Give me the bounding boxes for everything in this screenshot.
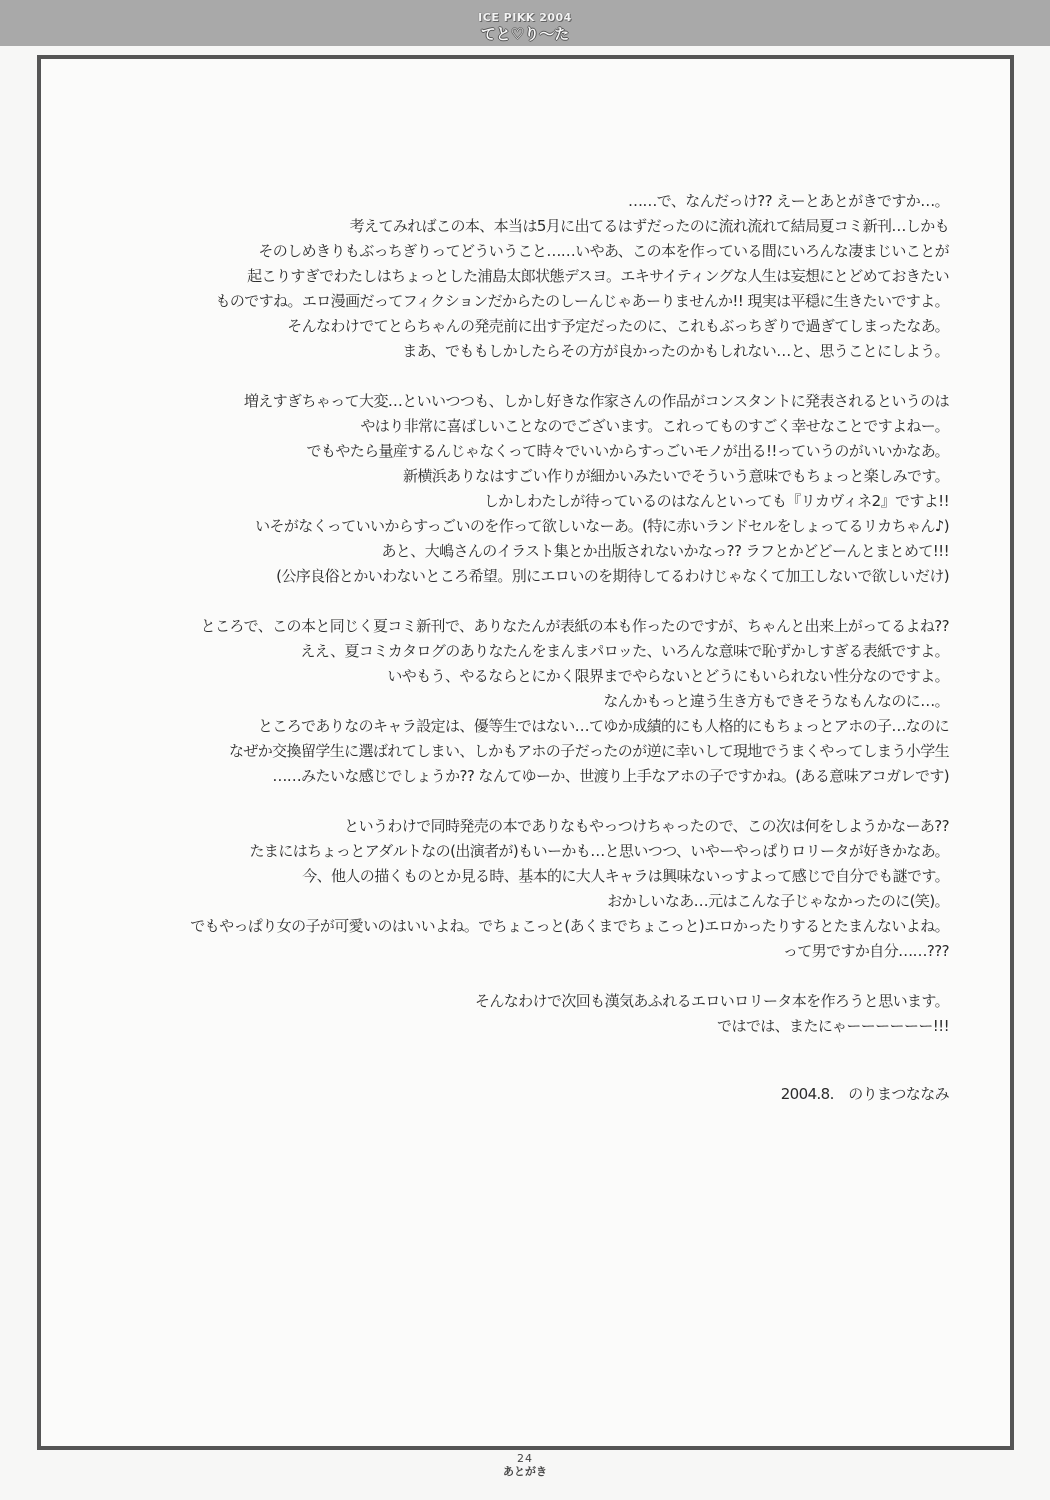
text-line: 起こりすぎでわたしはちょっとした浦島太郎状態デスヨ。エキサイティングな人生は妄想… [49,264,949,289]
text-line: でもやたら量産するんじゃなくって時々でいいからすっごいモノが出る!!っていうのが… [49,439,949,464]
text-line: まあ、でももしかしたらその方が良かったのかもしれない…と、思うことにしよう。 [49,339,949,364]
text-line: いそがなくっていいからすっごいのを作って欲しいなーあ。(特に赤いランドセルをしょ… [49,514,949,539]
text-line: たまにはちょっとアダルトなの(出演者が)もいーかも…と思いつつ、いやーやっぱりロ… [49,839,949,864]
text-line: やはり非常に喜ばしいことなのでございます。これってものすごく幸せなことですよねー… [49,414,949,439]
book-title: てと♡り〜た [0,23,1050,44]
text-line: 増えすぎちゃって大変…といいつつも、しかし好きな作家さんの作品がコンスタントに発… [49,389,949,414]
paragraph: 増えすぎちゃって大変…といいつつも、しかし好きな作家さんの作品がコンスタントに発… [49,389,949,589]
text-line: 今、他人の描くものとか見る時、基本的に大人キャラは興味ないっすよって感じで自分で… [49,864,949,889]
text-line: そのしめきりもぶっちぎりってどういうこと……いやあ、この本を作っている間にいろん… [49,239,949,264]
paragraph: そんなわけで次回も漢気あふれるエロいロリータ本を作ろうと思います。 ではでは、ま… [49,989,949,1039]
text-line: ところでありなのキャラ設定は、優等生ではない…てゆか成績的にも人格的にもちょっと… [49,714,949,739]
text-line: って男ですか自分……??? [49,939,949,964]
page-number: 24 [0,1452,1050,1465]
text-line: 新横浜ありなはすごい作りが細かいみたいでそういう意味でもちょっと楽しみです。 [49,464,949,489]
text-line: というわけで同時発売の本でありなもやっつけちゃったので、この次は何をしようかなー… [49,814,949,839]
text-line: 考えてみればこの本、本当は5月に出てるはずだったのに流れ流れて結局夏コミ新刊…し… [49,214,949,239]
text-line: ええ、夏コミカタログのありなたんをまんまパロッた、いろんな意味で恥ずかしすぎる表… [49,639,949,664]
text-line: なんかもっと違う生き方もできそうなもんなのに…。 [49,689,949,714]
text-line: でもやっぱり女の子が可愛いのはいいよね。でちょこっと(あくまでちょこっと)エロか… [49,914,949,939]
text-line: ものですね。エロ漫画だってフィクションだからたのしーんじゃあーりませんか!! 現… [49,289,949,314]
text-line: しかしわたしが待っているのはなんといっても『リカヴィネ2』ですよ!! [49,489,949,514]
text-line: いやもう、やるならとにかく限界までやらないとどうにもいられない性分なのですよ。 [49,664,949,689]
text-line: そんなわけでてとらちゃんの発売前に出す予定だったのに、これもぶっちぎりで過ぎてし… [49,314,949,339]
signature-date-author: 2004.8. のりまつななみ [781,1082,949,1107]
text-line: ではでは、またにゃーーーーーー!!! [49,1014,949,1039]
text-line: ……みたいな感じでしょうか?? なんてゆーか、世渡り上手なアホの子ですかね。(あ… [49,764,949,789]
text-line: ……で、なんだっけ?? えーとあとがきですか…。 [49,189,949,214]
text-line: おかしいなあ…元はこんな子じゃなかったのに(笑)。 [49,889,949,914]
section-title: あとがき [0,1465,1050,1479]
paragraph: ……で、なんだっけ?? えーとあとがきですか…。 考えてみればこの本、本当は5月… [49,189,949,364]
text-line: ところで、この本と同じく夏コミ新刊で、ありなたんが表紙の本も作ったのですが、ちゃ… [49,614,949,639]
text-line: あと、大嶋さんのイラスト集とか出版されないかなっ?? ラフとかどどーんとまとめて… [49,539,949,564]
text-line: なぜか交換留学生に選ばれてしまい、しかもアホの子だったのが逆に幸いして現地でうま… [49,739,949,764]
afterword-text: ……で、なんだっけ?? えーとあとがきですか…。 考えてみればこの本、本当は5月… [49,189,949,1064]
page-header: ICE PIKK 2004 てと♡り〜た [0,0,1050,46]
text-line: そんなわけで次回も漢気あふれるエロいロリータ本を作ろうと思います。 [49,989,949,1014]
page-footer: 24 あとがき [0,1452,1050,1479]
text-line: (公序良俗とかいわないところ希望。別にエロいのを期待してるわけじゃなくて加工しな… [49,564,949,589]
paragraph: というわけで同時発売の本でありなもやっつけちゃったので、この次は何をしようかなー… [49,814,949,964]
paragraph: ところで、この本と同じく夏コミ新刊で、ありなたんが表紙の本も作ったのですが、ちゃ… [49,614,949,789]
